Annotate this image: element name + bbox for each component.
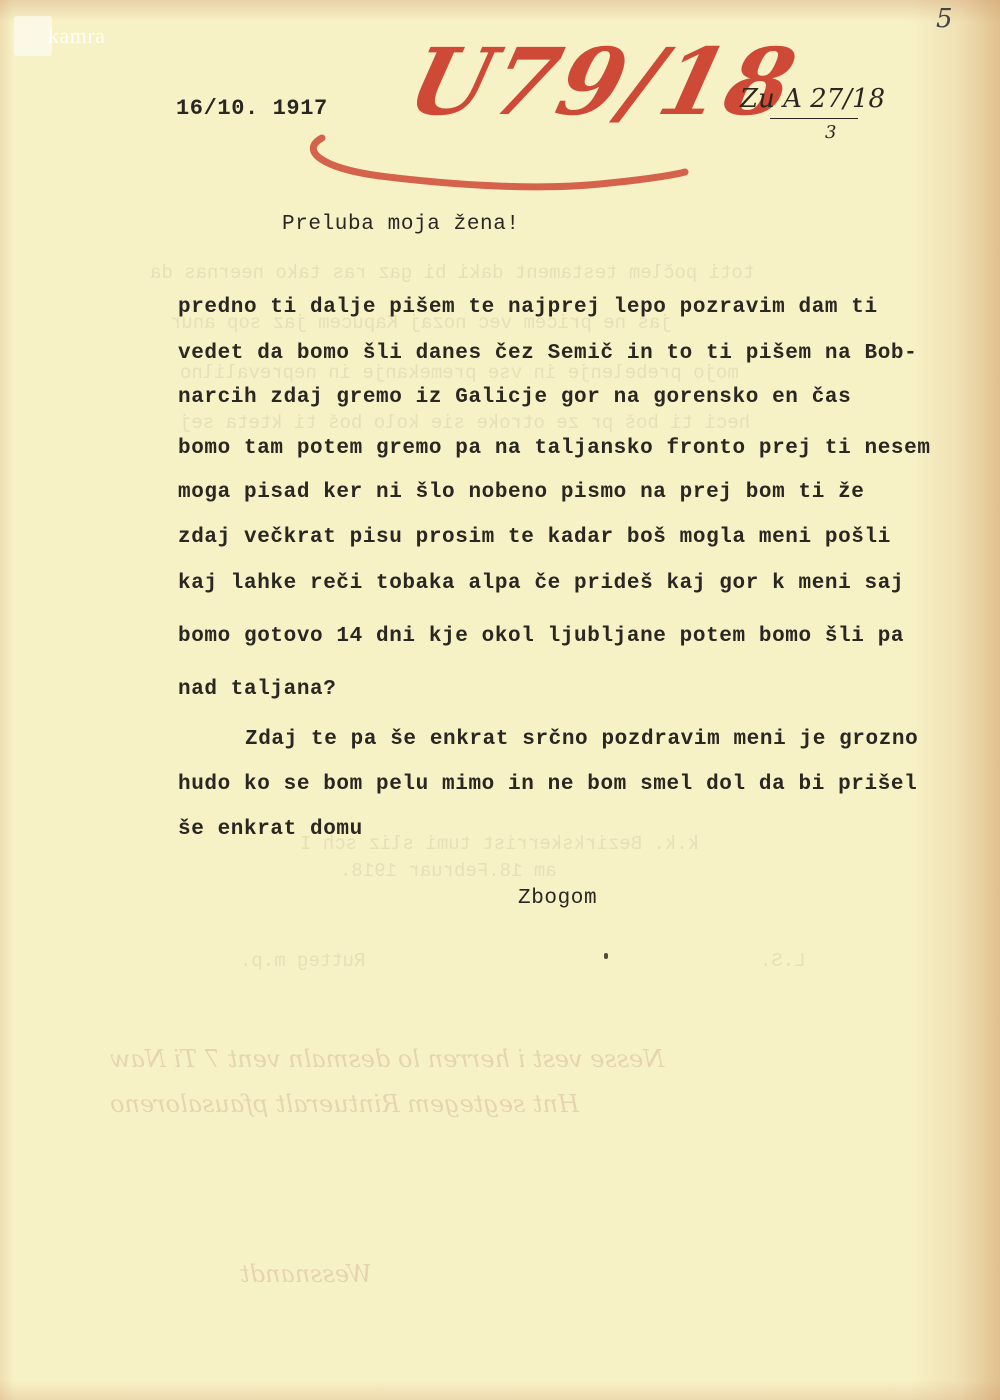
letter-line: bomo gotovo 14 dni kje okol ljubljane po… [178,625,904,648]
bleed-through-text: toti počlem testament daki bi gaz ras ta… [150,262,754,284]
bleed-through-handwriting: Nesse vest i herren lo desmaln vent 7 Ti… [110,1045,664,1073]
letter-line: moga pisad ker ni šlo nobeno pismo na pr… [178,481,865,504]
document-page: kamra 5 16/10. 1917 U79/18 Zu A 27/18 3 … [0,0,1000,1400]
letter-salutation: Preluba moja žena! [282,213,520,236]
bleed-through-handwriting: Wessnandt [240,1260,372,1288]
handwritten-fraction-line [770,118,858,119]
bleed-through-handwriting: Hnt segtegem Rintueralt pfausaloreno [110,1090,579,1118]
red-pencil-reference: U79/18 [401,36,806,128]
kamra-watermark: kamra [14,14,114,58]
letter-line: še enkrat domu [178,818,363,841]
letter-line: narcih zdaj gremo iz Galicje gor na gore… [178,386,851,409]
bleed-through-text: mojo prebelenje in vse premekanje in nep… [180,362,739,384]
letter-line: predno ti dalje pišem te najprej lepo po… [178,296,878,319]
bleed-through-text: L.S. [760,950,806,972]
red-underline-stroke [300,130,690,200]
handwritten-reference-sub: 3 [825,122,836,143]
bleed-through-text: am 18.Februar 1918. [340,860,557,882]
letter-line: kaj lahke reči tobaka alpa če prideš kaj… [178,572,904,595]
bleed-through-text: Rutteg m.p. [240,950,365,972]
letter-line: hudo ko se bom pelu mimo in ne bom smel … [178,773,917,796]
letter-line: vedet da bomo šli danes čez Semič in to … [178,342,917,365]
letter-line: Zdaj te pa še enkrat srčno pozdravim men… [245,728,918,751]
letter-line: nad taljana? [178,678,336,701]
kamra-logo-icon [14,16,52,56]
letter-line: bomo tam potem gremo pa na taljansko fro… [178,437,931,460]
letter-date: 16/10. 1917 [176,96,328,121]
handwritten-reference: Zu A 27/18 [740,84,885,114]
letter-line: zdaj večkrat pisu prosim te kadar boš mo… [178,526,891,549]
page-number: 5 [936,4,953,34]
bleed-through-text: heci ti boš pr ze otroke sie kolo boš ti… [180,412,750,434]
letter-closing: Zbogom [518,887,597,910]
ink-dot [604,953,608,959]
watermark-text: kamra [48,23,105,49]
